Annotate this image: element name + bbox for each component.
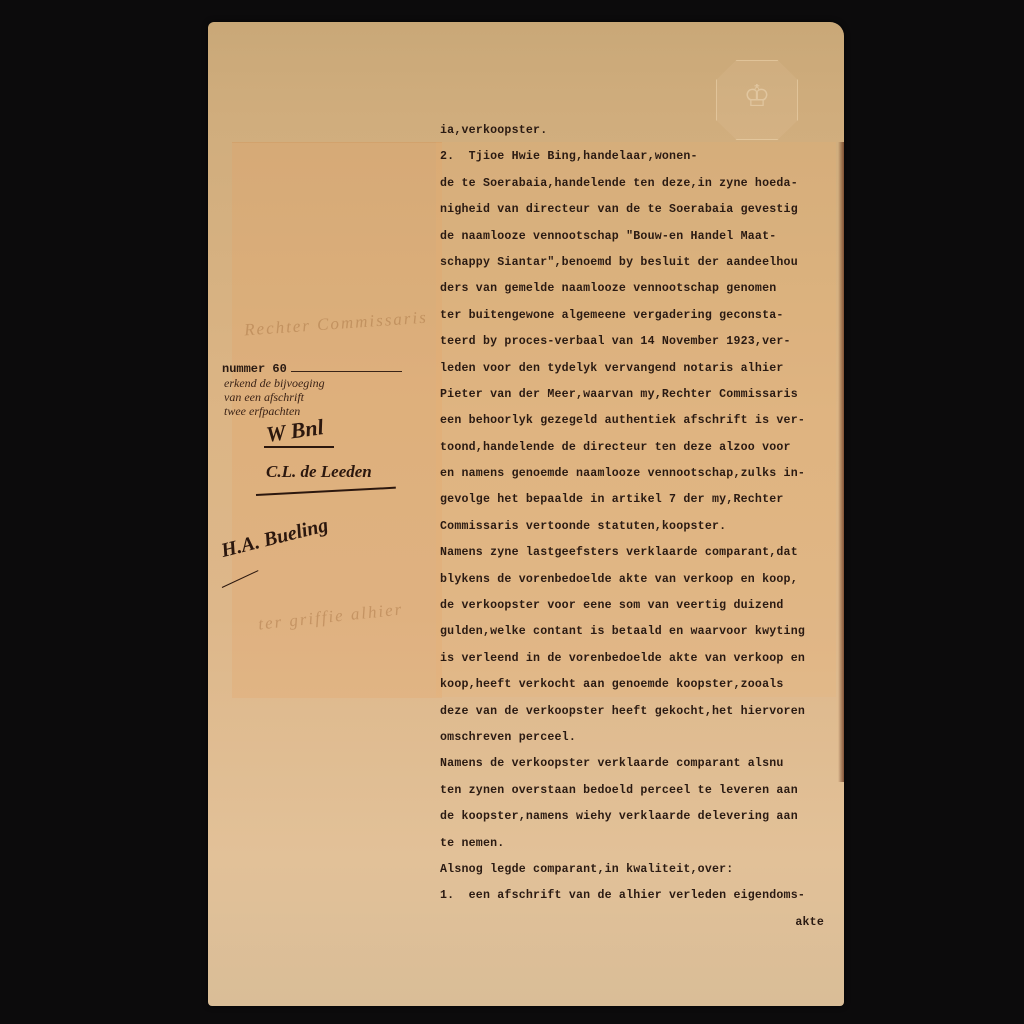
handwritten-note-line: van een afschrift [224, 390, 402, 404]
typed-line: Commissaris vertoonde statuten,koopster. [440, 514, 840, 540]
signature-underline [264, 446, 334, 448]
typed-line: gulden,welke contant is betaald en waarv… [440, 619, 840, 645]
typed-line: deze van de verkoopster heeft gekocht,he… [440, 699, 840, 725]
typed-line: blykens de vorenbedoelde akte van verkoo… [440, 567, 840, 593]
signature: C.L. de Leeden [266, 462, 372, 482]
typed-line: schappy Siantar",benoemd by besluit der … [440, 250, 840, 276]
typed-line: ia,verkoopster. [440, 118, 840, 144]
typed-line: 1. een afschrift van de alhier verleden … [440, 883, 840, 909]
typed-line: te nemen. [440, 831, 840, 857]
crown-crest-icon: ♔ [717, 79, 797, 114]
typed-line: ders van gemelde naamlooze vennootschap … [440, 276, 840, 302]
margin-annotation: nummer 60 erkend de bijvoeging van een a… [222, 362, 402, 418]
typed-line: ter buitengewone algemeene vergadering g… [440, 303, 840, 329]
typed-line: Alsnog legde comparant,in kwaliteit,over… [440, 857, 840, 883]
typed-line: de te Soerabaia,handelende ten deze,in z… [440, 171, 840, 197]
margin-number-line: nummer 60 [222, 362, 402, 376]
typed-line: een behoorlyk gezegeld authentiek afschr… [440, 408, 840, 434]
typed-line: teerd by proces-verbaal van 14 November … [440, 329, 840, 355]
typed-line: Pieter van der Meer,waarvan my,Rechter C… [440, 382, 840, 408]
typed-line: de koopster,namens wiehy verklaarde dele… [440, 804, 840, 830]
typed-line: de naamlooze vennootschap "Bouw-en Hande… [440, 224, 840, 250]
typed-line: toond,handelende de directeur ten deze a… [440, 435, 840, 461]
document-page: Rechter Commissaris ter griffie alhier ♔… [208, 22, 844, 1006]
typed-body-text: ia,verkoopster.2. Tjioe Hwie Bing,handel… [440, 118, 840, 936]
typed-line: gevolge het bepaalde in artikel 7 der my… [440, 487, 840, 513]
typed-line: 2. Tjioe Hwie Bing,handelaar,wonen- [440, 144, 840, 170]
typed-line: nigheid van directeur van de te Soerabai… [440, 197, 840, 223]
typed-line: koop,heeft verkocht aan genoemde koopste… [440, 672, 840, 698]
typed-line: Namens de verkoopster verklaarde compara… [440, 751, 840, 777]
handwritten-note-line: erkend de bijvoeging [224, 376, 402, 390]
typed-line: is verleend in de vorenbedoelde akte van… [440, 646, 840, 672]
typed-line: de verkoopster voor eene som van veertig… [440, 593, 840, 619]
catchword: akte [440, 910, 840, 936]
margin-rule [291, 371, 402, 372]
margin-number-label: nummer 60 [222, 362, 287, 376]
typed-line: omschreven perceel. [440, 725, 840, 751]
typed-line: leden voor den tydelyk vervangend notari… [440, 356, 840, 382]
typed-line: Namens zyne lastgeefsters verklaarde com… [440, 540, 840, 566]
typed-line: ten zynen overstaan bedoeld perceel te l… [440, 778, 840, 804]
typed-line: en namens genoemde naamlooze vennootscha… [440, 461, 840, 487]
